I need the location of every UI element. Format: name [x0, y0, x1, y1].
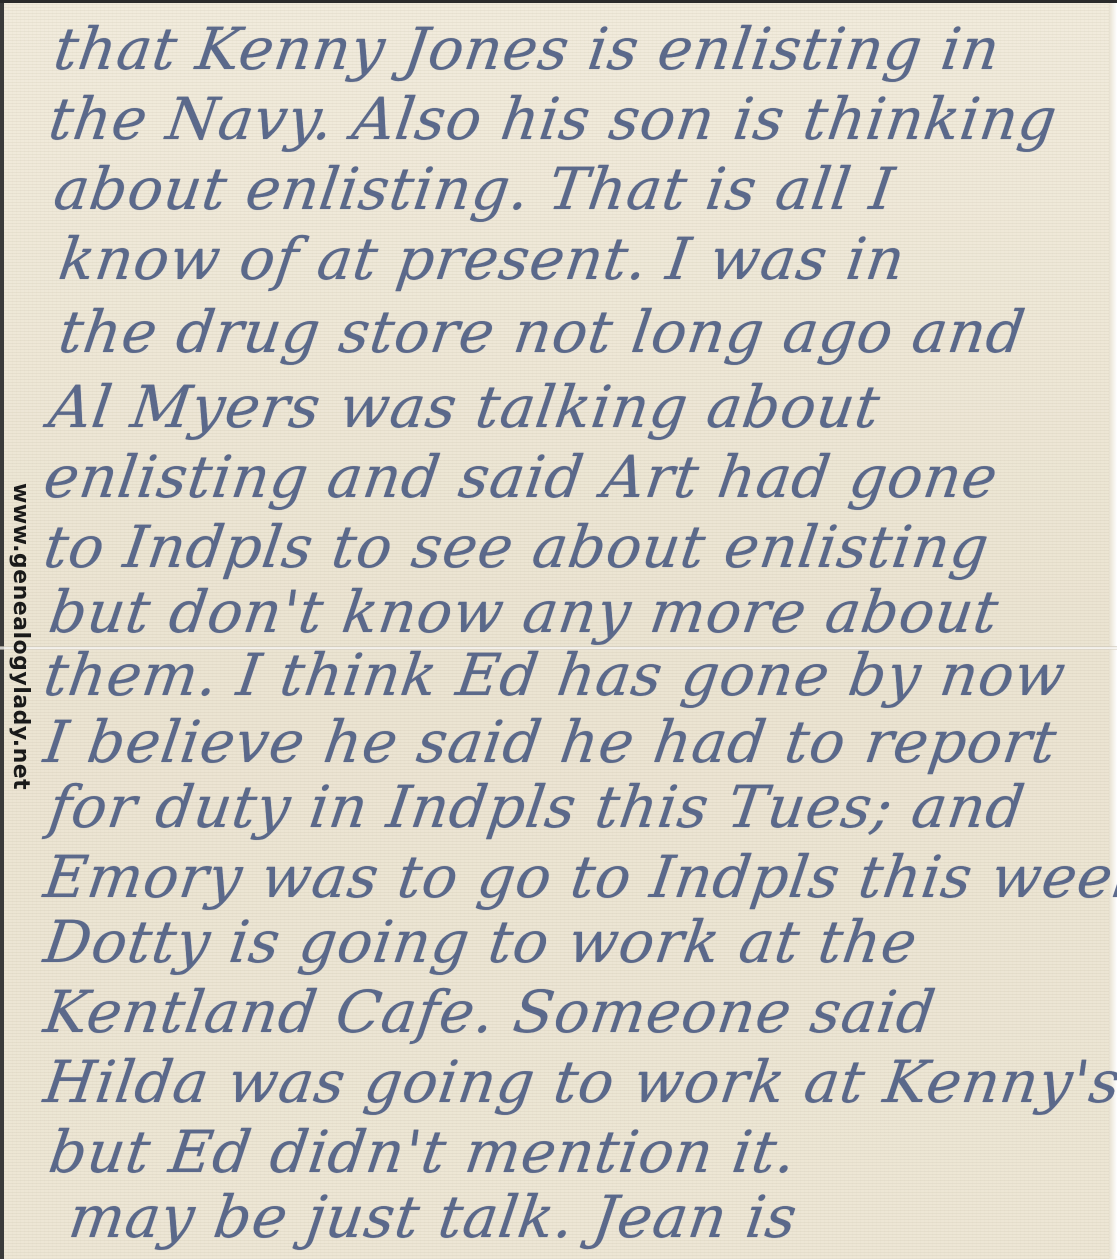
text-line: Al Myers was talking about	[45, 373, 885, 441]
text-line: but don't know any more about	[45, 578, 1003, 646]
letter-page: www.genealogylady.net that Kenny Jones i…	[0, 0, 1117, 1259]
scan-left-edge	[0, 3, 4, 1259]
watermark-text: www.genealogylady.net	[8, 483, 32, 863]
text-line: enlisting and said Art had gone	[40, 443, 1002, 511]
text-line: them. I think Ed has gone by now	[40, 641, 1070, 709]
text-line: the drug store not long ago and	[55, 298, 1030, 366]
text-line: Dotty is going to work at the	[40, 908, 922, 976]
text-line: to Indpls to see about enlisting	[40, 513, 994, 581]
text-line: Kentland Cafe. Someone said	[40, 978, 940, 1046]
text-line: Emory was to go to Indpls this week.	[40, 843, 1117, 911]
text-line: Hilda was going to work at Kenny's	[40, 1048, 1117, 1116]
text-line: that Kenny Jones is enlisting in	[50, 15, 1005, 83]
text-line: about enlisting. That is all I	[50, 155, 899, 223]
text-line: I believe he said he had to report	[40, 708, 1061, 776]
text-line: but Ed didn't mention it.	[45, 1118, 801, 1186]
text-line: the Navy. Also his son is thinking	[45, 85, 1062, 153]
text-line: for duty in Indpls this Tues; and	[45, 773, 1029, 841]
text-line: may be just talk. Jean is	[65, 1183, 802, 1251]
text-line: know of at present. I was in	[55, 225, 910, 293]
